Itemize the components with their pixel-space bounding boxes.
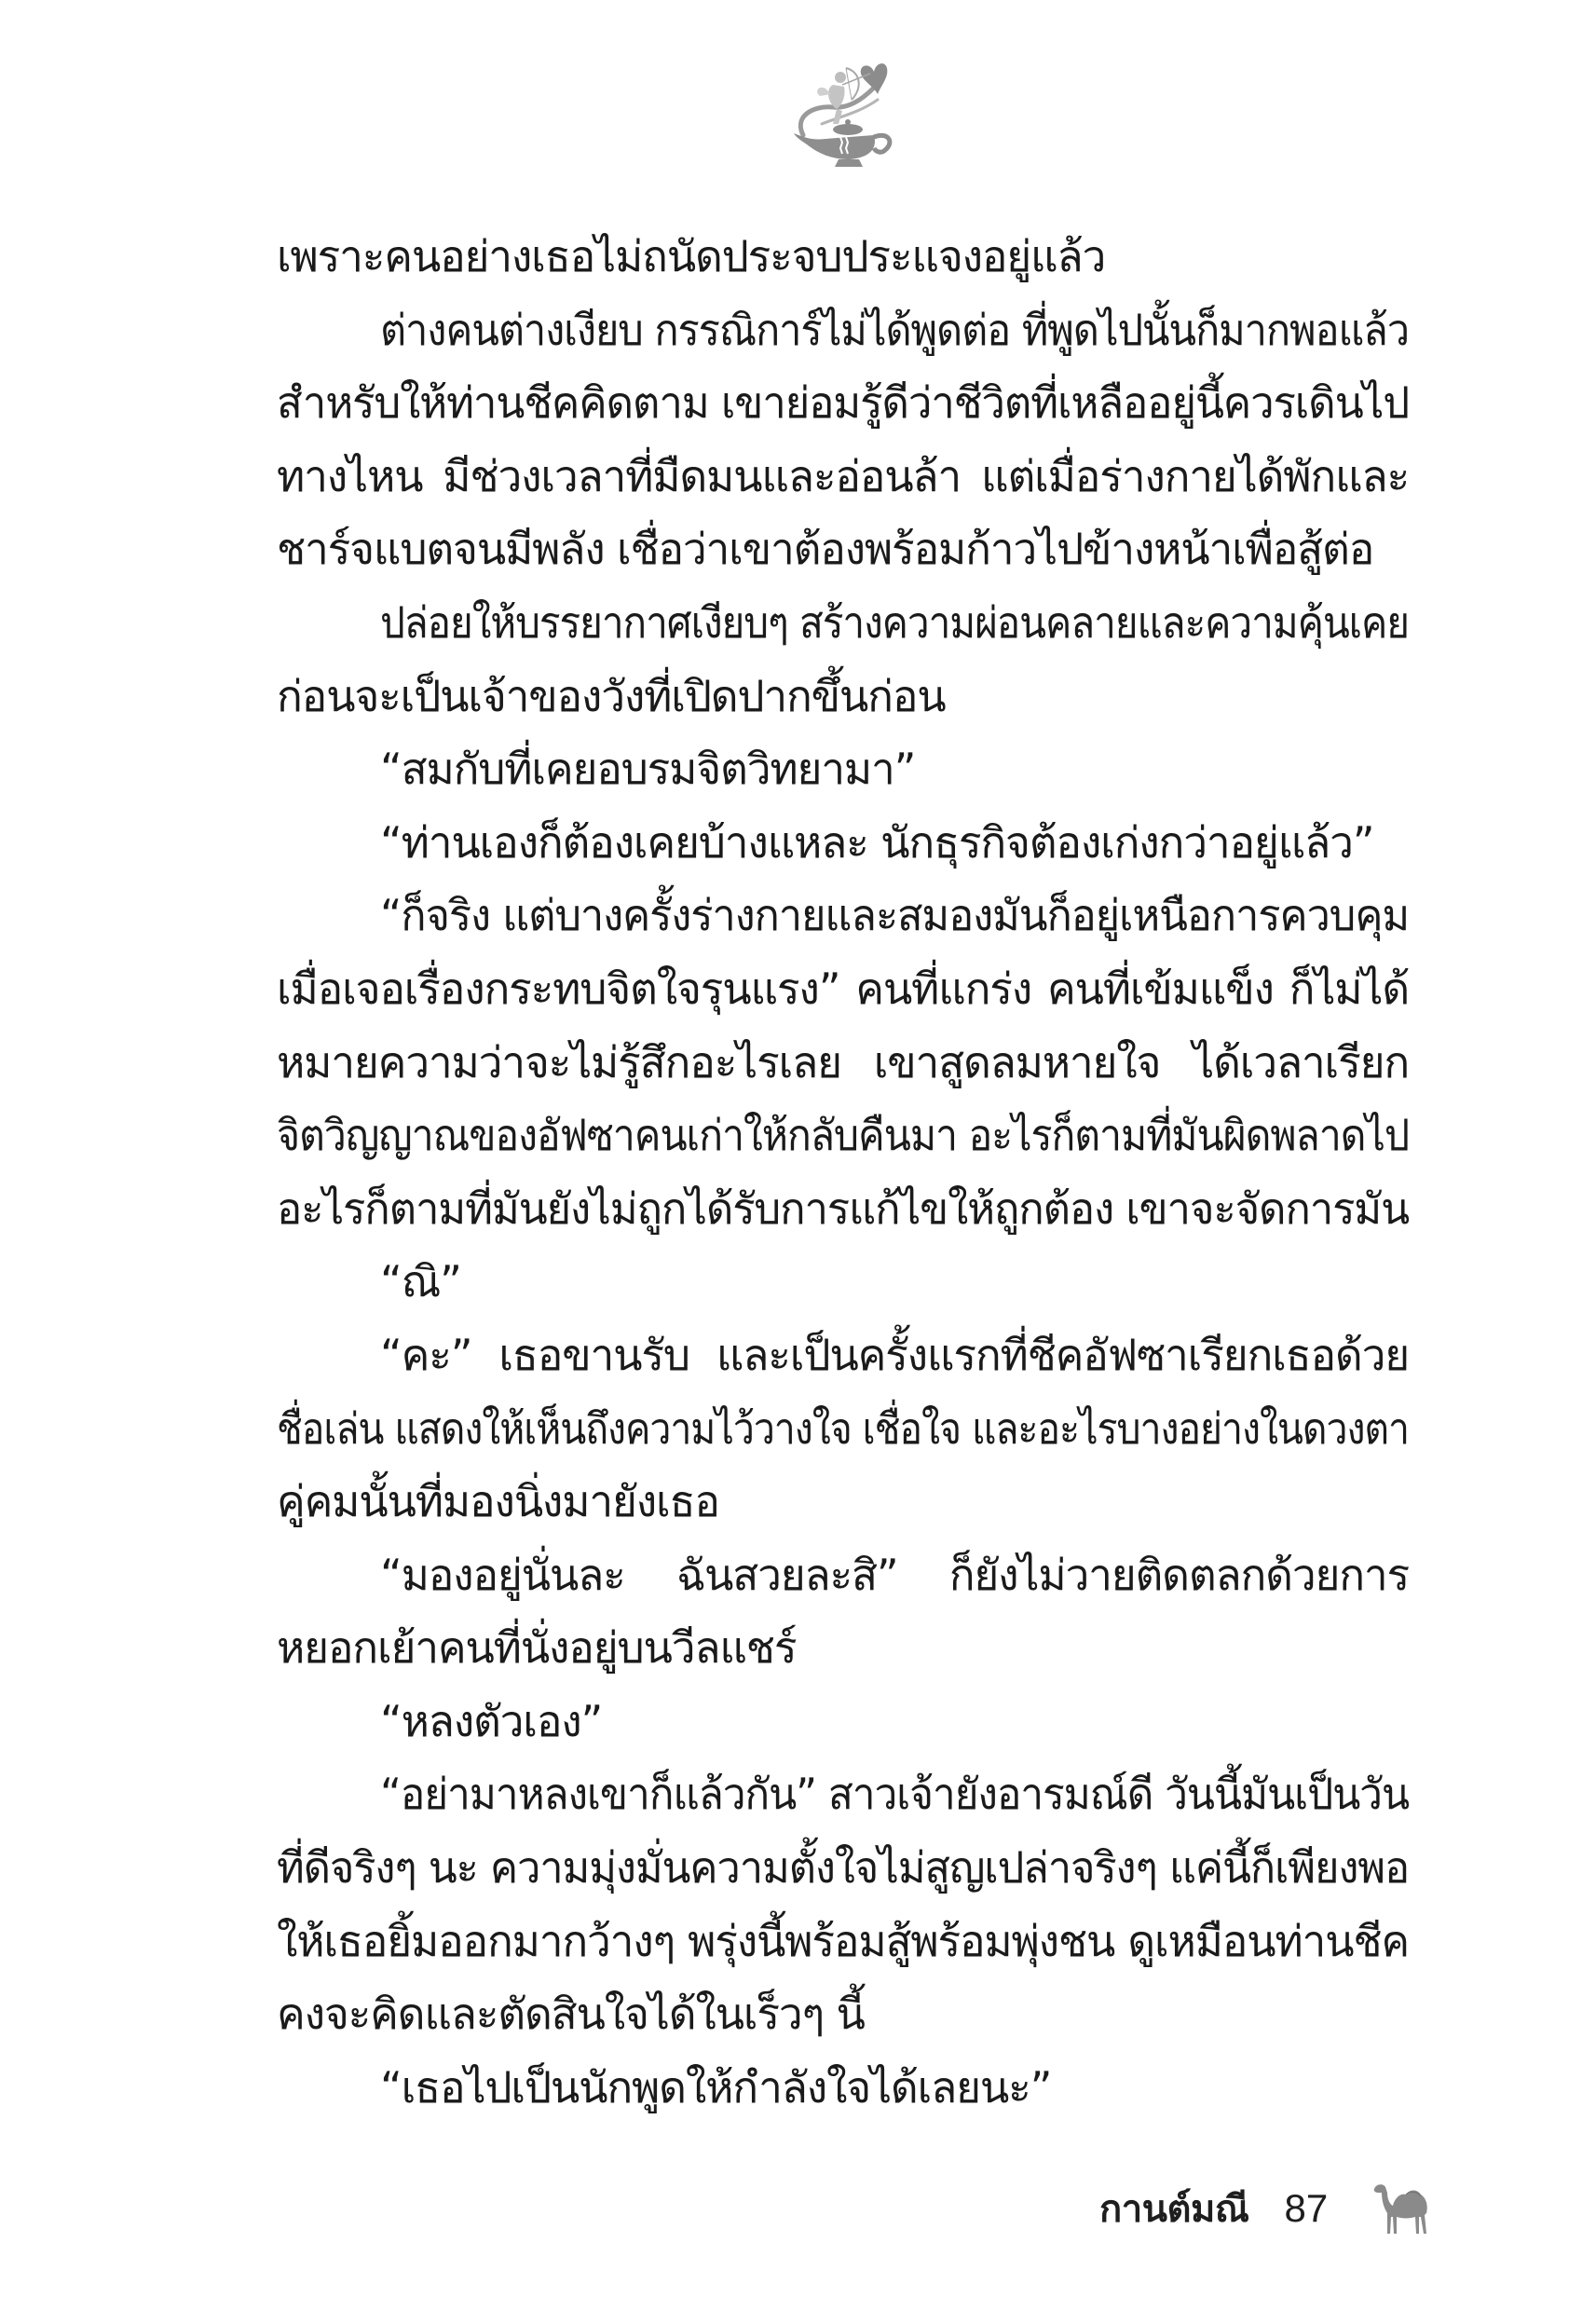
- page-footer: กานต์มณี 87: [1099, 2171, 1432, 2246]
- paragraph-line: ปล่อยให้บรรยากาศเงียบๆ สร้างความผ่อนคลาย…: [277, 586, 1409, 660]
- page-body-text: เพราะคนอย่างเธอไม่ถนัดประจบประแจงอยู่แล้…: [277, 220, 1409, 2124]
- paragraph-line: หยอกเย้าคนที่นั่งอยู่บนวีลแชร์: [277, 1611, 1409, 1685]
- paragraph-line: ชื่อเล่น แสดงให้เห็นถึงความไว้วางใจ เชื่…: [277, 1392, 1409, 1466]
- paragraph-line: หมายความว่าจะไม่รู้สึกอะไรเลย เขาสูดลมหา…: [277, 1026, 1409, 1100]
- paragraph-line: เพราะคนอย่างเธอไม่ถนัดประจบประแจงอยู่แล้…: [277, 220, 1409, 294]
- paragraph-line: “เธอไปเป็นนักพูดให้กำลังใจได้เลยนะ”: [277, 2051, 1409, 2125]
- paragraph-line: “อย่ามาหลงเขาก็แล้วกัน” สาวเจ้ายังอารมณ์…: [277, 1757, 1409, 1831]
- paragraph-line: จิตวิญญาณของอัฟซาคนเก่าให้กลับคืนมา อะไร…: [277, 1099, 1409, 1172]
- paragraph-line: เมื่อเจอเรื่องกระทบจิตใจรุนแรง” คนที่แกร…: [277, 952, 1409, 1026]
- page-number: 87: [1284, 2186, 1328, 2231]
- paragraph-line: อะไรก็ตามที่มันยังไม่ถูกได้รับการแก้ไขให…: [277, 1172, 1409, 1246]
- paragraph-line: ชาร์จแบตจนมีพลัง เชื่อว่าเขาต้องพร้อมก้า…: [277, 513, 1409, 586]
- paragraph-line: “สมกับที่เคยอบรมจิตวิทยามา”: [277, 732, 1409, 806]
- paragraph-line: “ท่านเองก็ต้องเคยบ้างแหละ นักธุรกิจต้องเ…: [277, 806, 1409, 880]
- paragraph-line: ที่ดีจริงๆ นะ ความมุ่งมั่นความตั้งใจไม่ส…: [277, 1831, 1409, 1905]
- paragraph-line: ต่างคนต่างเงียบ กรรณิการ์ไม่ได้พูดต่อ ที…: [277, 294, 1409, 367]
- paragraph-line: “คะ” เธอขานรับ และเป็นครั้งแรกที่ชีคอัฟซ…: [277, 1319, 1409, 1392]
- paragraph-line: “หลงตัวเอง”: [277, 1685, 1409, 1758]
- camel-icon: [1371, 2180, 1432, 2237]
- paragraph-line: สำหรับให้ท่านชีคคิดตาม เขาย่อมรู้ดีว่าชี…: [277, 366, 1409, 440]
- paragraph-line: ก่อนจะเป็นเจ้าของวังที่เปิดปากขึ้นก่อน: [277, 660, 1409, 733]
- paragraph-line: “ณิ”: [277, 1245, 1409, 1319]
- paragraph-line: ให้เธอยิ้มออกมากว้างๆ พรุ่งนี้พร้อมสู้พร…: [277, 1905, 1409, 1978]
- paragraph-line: คงจะคิดและตัดสินใจได้ในเร็วๆ นี้: [277, 1977, 1409, 2051]
- paragraph-line: คู่คมนั้นที่มองนิ่งมายังเธอ: [277, 1465, 1409, 1538]
- paragraph-line: “มองอยู่นั่นละ ฉันสวยละสิ” ก็ยังไม่วายติ…: [277, 1538, 1409, 1612]
- genie-lamp-cupid-icon: [784, 51, 906, 172]
- book-title: กานต์มณี: [1099, 2179, 1248, 2238]
- paragraph-line: “ก็จริง แต่บางครั้งร่างกายและสมองมันก็อย…: [277, 879, 1409, 952]
- paragraph-line: ทางไหน มีช่วงเวลาที่มืดมนและอ่อนล้า แต่เ…: [277, 440, 1409, 513]
